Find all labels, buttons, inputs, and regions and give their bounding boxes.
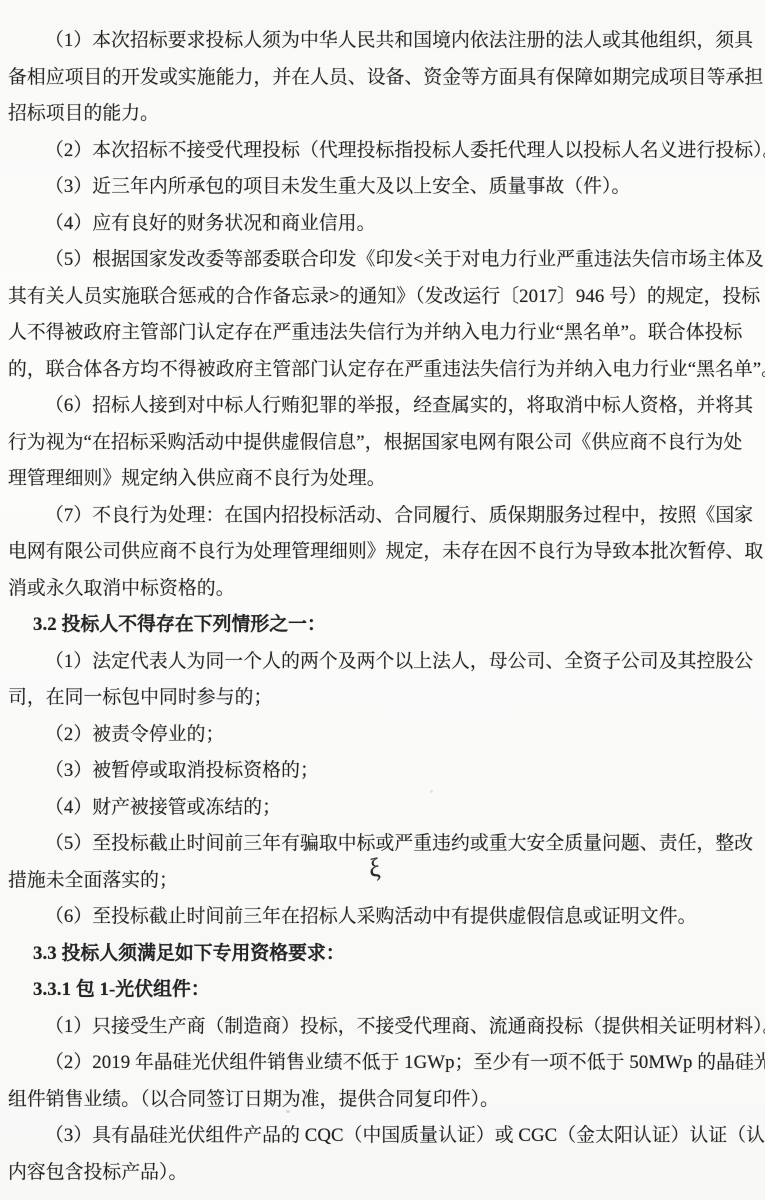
text-line: 其有关人员实施联合惩戒的合作备忘录>的通知》（发改运行〔2017〕946 号）的… — [8, 279, 762, 316]
text-line: （6）招标人接到对中标人行贿犯罪的举报，经查属实的，将取消中标人资格，并将其 — [8, 388, 762, 425]
text-line: 人不得被政府主管部门认定存在严重违法失信行为并纳入电力行业“黑名单”。联合体投标 — [8, 315, 762, 352]
scan-speck — [286, 1110, 290, 1113]
text-line: （2）本次招标不接受代理投标（代理投标指投标人委托代理人以投标人名义进行投标）。 — [8, 133, 762, 170]
text-line: （2）被责令停业的； — [8, 717, 762, 754]
text-line: 理管理细则》规定纳入供应商不良行为处理。 — [8, 461, 762, 498]
text-line: 消或永久取消中标资格的。 — [8, 571, 762, 608]
text-line: 的，联合体各方均不得被政府主管部门认定存在严重违法失信行为并纳入电力行业“黑名单… — [8, 352, 762, 389]
text-line: （3）近三年内所承包的项目未发生重大及以上安全、质量事故（件）。 — [8, 169, 762, 206]
text-line: 备相应项目的开发或实施能力，并在人员、设备、资金等方面具有保障如期完成项目等承担 — [8, 60, 762, 97]
text-line: 行为视为“在招标采购活动中提供虚假信息”，根据国家电网有限公司《供应商不良行为处 — [8, 425, 762, 462]
text-line: 3.3 投标人须满足如下专用资格要求： — [8, 936, 762, 973]
text-line: 内容包含投标产品）。 — [8, 1155, 762, 1192]
text-line: 电网有限公司供应商不良行为处理管理细则》规定，未存在因不良行为导致本批次暂停、取 — [8, 534, 762, 571]
scan-speck — [430, 790, 433, 793]
text-line: （3）被暂停或取消投标资格的； — [8, 753, 762, 790]
text-line: （5）至投标截止时间前三年有骗取中标或严重违约或重大安全质量问题、责任，整改 — [8, 826, 762, 863]
text-line: （4）财产被接管或冻结的； — [8, 790, 762, 827]
text-line: （5）根据国家发改委等部委联合印发《印发<关于对电力行业严重违法失信市场主体及 — [8, 242, 762, 279]
text-line: （7）不良行为处理：在国内招投标活动、合同履行、质保期服务过程中，按照《国家 — [8, 498, 762, 535]
text-line: （1）本次招标要求投标人须为中华人民共和国境内依法注册的法人或其他组织，须具 — [8, 23, 762, 60]
text-line: （4）应有良好的财务状况和商业信用。 — [8, 206, 762, 243]
text-line: 3.2 投标人不得存在下列情形之一： — [8, 607, 762, 644]
text-line: （2）2019 年晶硅光伏组件销售业绩不低于 1GWp；至少有一项不低于 50M… — [8, 1045, 762, 1082]
text-content: （1）本次招标要求投标人须为中华人民共和国境内依法注册的法人或其他组织，须具备相… — [8, 23, 762, 1191]
text-line: 招标项目的能力。 — [8, 96, 762, 133]
text-line: 措施未全面落实的； — [8, 863, 762, 900]
text-line: 司，在同一标包中同时参与的； — [8, 680, 762, 717]
text-line: （6）至投标截止时间前三年在招标人采购活动中有提供虚假信息或证明文件。 — [8, 899, 762, 936]
text-line: （3）具有晶硅光伏组件产品的 CQC（中国质量认证）或 CGC（金太阳认证）认证… — [8, 1118, 762, 1155]
text-line: （1）法定代表人为同一个人的两个及两个以上法人，母公司、全资子公司及其控股公 — [8, 644, 762, 681]
document-page: （1）本次招标要求投标人须为中华人民共和国境内依法注册的法人或其他组织，须具备相… — [0, 0, 765, 1200]
text-line: （1）只接受生产商（制造商）投标，不接受代理商、流通商投标（提供相关证明材料）。 — [8, 1009, 762, 1046]
text-line: 组件销售业绩。（以合同签订日期为准，提供合同复印件）。 — [8, 1082, 762, 1119]
text-line: 3.3.1 包 1-光伏组件： — [8, 972, 762, 1009]
